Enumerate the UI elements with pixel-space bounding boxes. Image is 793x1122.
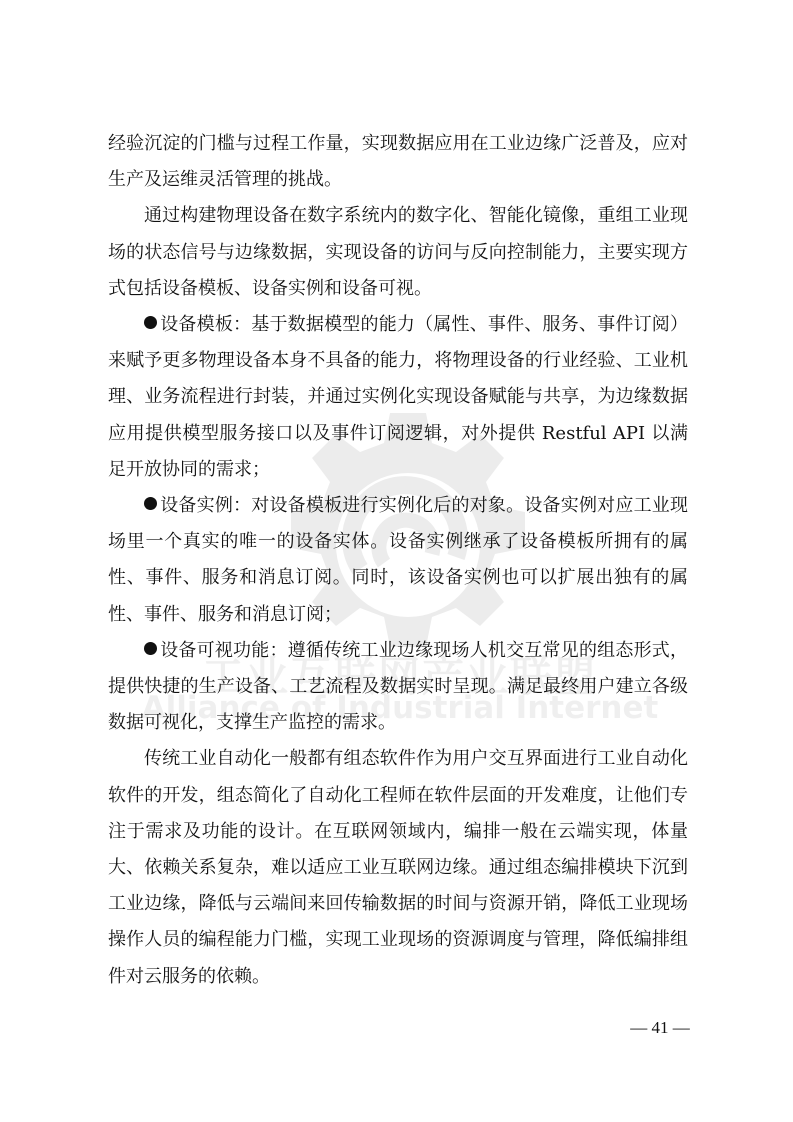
document-body: 经验沉淀的门槛与过程工作量，实现数据应用在工业边缘广泛普及，应对生产及运维灵活管… xyxy=(108,126,688,995)
bullet-device-template: 设备模板：基于数据模型的能力（属性、事件、服务、事件订阅）来赋予更多物理设备本身… xyxy=(108,307,688,488)
paragraph-text: 传统工业自动化一般都有组态软件作为用户交互界面进行工业自动化软件的开发，组态简化… xyxy=(108,748,688,986)
paragraph-orchestration: 传统工业自动化一般都有组态软件作为用户交互界面进行工业自动化软件的开发，组态简化… xyxy=(108,741,688,994)
page-number: — 41 — xyxy=(620,1018,700,1038)
paragraph-text: 通过构建物理设备在数字系统内的数字化、智能化镜像，重组工业现场的状态信号与边缘数… xyxy=(108,205,688,298)
bullet-device-instance: 设备实例：对设备模板进行实例化后的对象。设备实例对应工业现场里一个真实的唯一的设… xyxy=(108,488,688,633)
black-circle-bullet-icon xyxy=(144,642,157,655)
black-circle-bullet-icon xyxy=(144,316,157,329)
bullet-device-visualization: 设备可视功能：遵循传统工业边缘现场人机交互常见的组态形式，提供快捷的生产设备、工… xyxy=(108,633,688,742)
paragraph-text: 经验沉淀的门槛与过程工作量，实现数据应用在工业边缘广泛普及，应对生产及运维灵活管… xyxy=(108,133,688,190)
paragraph-digital-mirror: 通过构建物理设备在数字系统内的数字化、智能化镜像，重组工业现场的状态信号与边缘数… xyxy=(108,198,688,307)
black-circle-bullet-icon xyxy=(144,497,157,510)
document-page: 工业互联网产业联盟 Alliance of Industrial Interne… xyxy=(0,0,793,1122)
paragraph-continuation: 经验沉淀的门槛与过程工作量，实现数据应用在工业边缘广泛普及，应对生产及运维灵活管… xyxy=(108,126,688,198)
bullet-text: 设备实例：对设备模板进行实例化后的对象。设备实例对应工业现场里一个真实的唯一的设… xyxy=(108,495,688,625)
bullet-text: 设备模板：基于数据模型的能力（属性、事件、服务、事件订阅）来赋予更多物理设备本身… xyxy=(108,314,688,480)
bullet-text: 设备可视功能：遵循传统工业边缘现场人机交互常见的组态形式，提供快捷的生产设备、工… xyxy=(108,640,688,733)
